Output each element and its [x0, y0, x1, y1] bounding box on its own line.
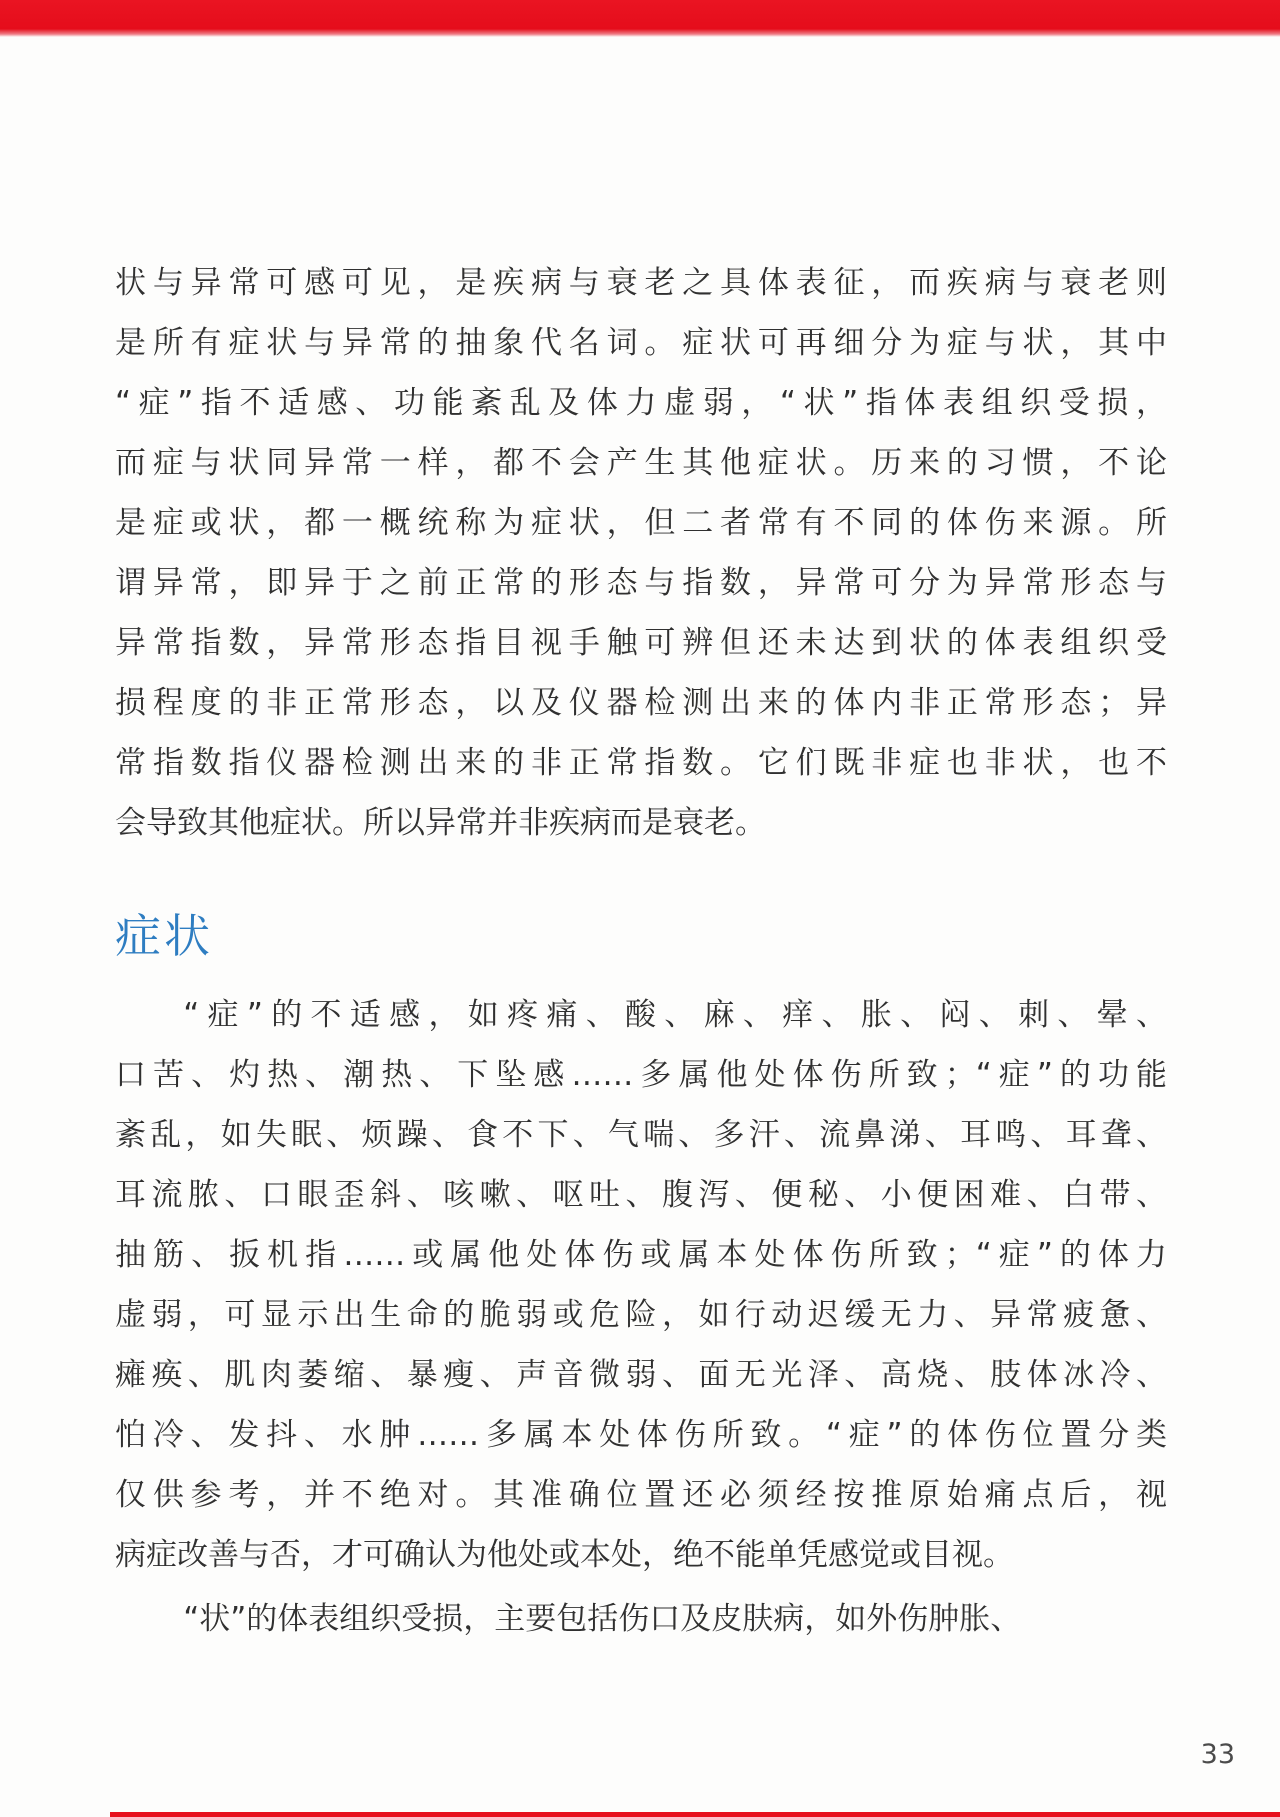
text-line: 口苦、灼热、潮热、下坠感……多属他处体伤所致；“症”的功能 [115, 1045, 1167, 1105]
text-line: 会导致其他症状。所以异常并非疾病而是衰老。 [115, 793, 1167, 853]
bottom-red-line [110, 1812, 1280, 1817]
text-line: 状与异常可感可见，是疾病与衰老之具体表征，而疾病与衰老则 [115, 253, 1167, 313]
paragraph-1: 状与异常可感可见，是疾病与衰老之具体表征，而疾病与衰老则是所有症状与异常的抽象代… [115, 253, 1167, 853]
paragraph-2: “症”的不适感，如疼痛、酸、麻、痒、胀、闷、刺、晕、口苦、灼热、潮热、下坠感……… [115, 985, 1167, 1585]
text-line: 耳流脓、口眼歪斜、咳嗽、呕吐、腹泻、便秘、小便困难、白带、 [115, 1165, 1167, 1225]
text-line: 仅供参考，并不绝对。其准确位置还必须经按推原始痛点后，视 [115, 1465, 1167, 1525]
text-line: “症”指不适感、功能紊乱及体力虚弱，“状”指体表组织受损， [115, 373, 1167, 433]
text-line: 损程度的非正常形态，以及仪器检测出来的体内非正常形态；异 [115, 673, 1167, 733]
text-line: 而症与状同异常一样，都不会产生其他症状。历来的习惯，不论 [115, 433, 1167, 493]
text-line: 怕冷、发抖、水肿……多属本处体伤所致。“症”的体伤位置分类 [115, 1405, 1167, 1465]
text-line: 病症改善与否，才可确认为他处或本处，绝不能单凭感觉或目视。 [115, 1525, 1167, 1585]
text-line: 虚弱，可显示出生命的脆弱或危险，如行动迟缓无力、异常疲惫、 [115, 1285, 1167, 1345]
section-heading: 症状 [115, 901, 213, 971]
text-line: “状”的体表组织受损，主要包括伤口及皮肤病，如外伤肿胀、 [115, 1589, 1167, 1649]
text-line: 瘫痪、肌肉萎缩、暴瘦、声音微弱、面无光泽、高烧、肢体冰冷、 [115, 1345, 1167, 1405]
text-line: 谓异常，即异于之前正常的形态与指数，异常可分为异常形态与 [115, 553, 1167, 613]
text-line: “症”的不适感，如疼痛、酸、麻、痒、胀、闷、刺、晕、 [115, 985, 1167, 1045]
text-line: 是症或状，都一概统称为症状，但二者常有不同的体伤来源。所 [115, 493, 1167, 553]
text-line: 异常指数，异常形态指目视手触可辨但还未达到状的体表组织受 [115, 613, 1167, 673]
text-line: 紊乱，如失眠、烦躁、食不下、气喘、多汗、流鼻涕、耳鸣、耳聋、 [115, 1105, 1167, 1165]
top-red-bar [0, 0, 1280, 37]
document-page: 状与异常可感可见，是疾病与衰老之具体表征，而疾病与衰老则是所有症状与异常的抽象代… [0, 0, 1280, 1817]
paragraph-3: “状”的体表组织受损，主要包括伤口及皮肤病，如外伤肿胀、 [115, 1589, 1167, 1649]
text-line: 是所有症状与异常的抽象代名词。症状可再细分为症与状，其中 [115, 313, 1167, 373]
text-line: 抽筋、扳机指……或属他处体伤或属本处体伤所致；“症”的体力 [115, 1225, 1167, 1285]
page-number: 33 [1201, 1740, 1235, 1770]
text-line: 常指数指仪器检测出来的非正常指数。它们既非症也非状，也不 [115, 733, 1167, 793]
